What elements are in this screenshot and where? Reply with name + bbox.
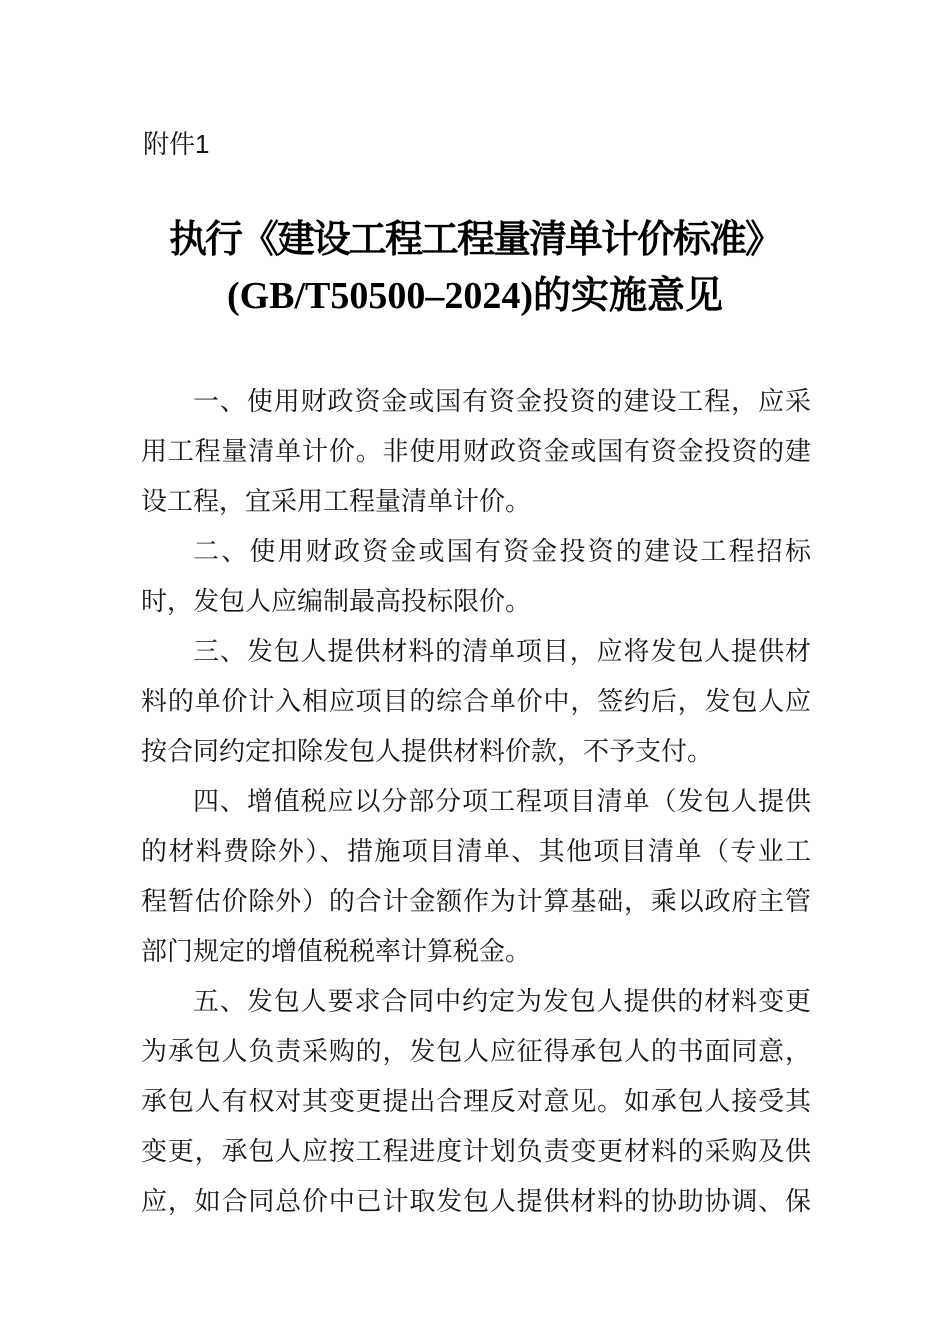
body-line: 承包人有权对其变更提出合理反对意见。如承包人接受其	[141, 1077, 811, 1127]
paragraph-1: 一、使用财政资金或国有资金投资的建设工程，应采 用工程量清单计价。非使用财政资金…	[141, 377, 811, 527]
paragraph-5: 五、发包人要求合同中约定为发包人提供的材料变更 为承包人负责采购的，发包人应征得…	[141, 977, 811, 1227]
body-line: 部门规定的增值税税率计算税金。	[141, 927, 811, 977]
body-line: 设工程，宜采用工程量清单计价。	[141, 477, 811, 527]
body-line: 一、使用财政资金或国有资金投资的建设工程，应采	[141, 377, 811, 427]
paragraph-3: 三、发包人提供材料的清单项目，应将发包人提供材 料的单价计入相应项目的综合单价中…	[141, 627, 811, 777]
document-page: 附件1 执行《建设工程工程量清单计价标准》 (GB/T50500–2024)的实…	[0, 0, 950, 1344]
document-title: 执行《建设工程工程量清单计价标准》 (GB/T50500–2024)的实施意见	[0, 212, 950, 324]
body-line: 程暂估价除外）的合计金额作为计算基础，乘以政府主管	[141, 877, 811, 927]
body-line: 二、使用财政资金或国有资金投资的建设工程招标	[141, 527, 811, 577]
body-line: 时，发包人应编制最高投标限价。	[141, 577, 811, 627]
title-line-1: 执行《建设工程工程量清单计价标准》	[0, 212, 950, 268]
body-line: 四、增值税应以分部分项工程项目清单（发包人提供	[141, 777, 811, 827]
body-line: 变更，承包人应按工程进度计划负责变更材料的采购及供	[141, 1127, 811, 1177]
body-line: 用工程量清单计价。非使用财政资金或国有资金投资的建	[141, 427, 811, 477]
paragraph-4: 四、增值税应以分部分项工程项目清单（发包人提供 的材料费除外）、措施项目清单、其…	[141, 777, 811, 977]
body-line: 为承包人负责采购的，发包人应征得承包人的书面同意，	[141, 1027, 811, 1077]
body-line: 料的单价计入相应项目的综合单价中，签约后，发包人应	[141, 677, 811, 727]
body-line: 按合同约定扣除发包人提供材料价款，不予支付。	[141, 727, 811, 777]
title-line-2: (GB/T50500–2024)的实施意见	[0, 268, 950, 324]
attachment-label: 附件1	[143, 128, 209, 160]
body-line: 三、发包人提供材料的清单项目，应将发包人提供材	[141, 627, 811, 677]
paragraph-2: 二、使用财政资金或国有资金投资的建设工程招标 时，发包人应编制最高投标限价。	[141, 527, 811, 627]
body-line: 五、发包人要求合同中约定为发包人提供的材料变更	[141, 977, 811, 1027]
body-line: 的材料费除外）、措施项目清单、其他项目清单（专业工	[141, 827, 811, 877]
body-line: 应，如合同总价中已计取发包人提供材料的协助协调、保	[141, 1177, 811, 1227]
document-body: 一、使用财政资金或国有资金投资的建设工程，应采 用工程量清单计价。非使用财政资金…	[141, 377, 811, 1227]
